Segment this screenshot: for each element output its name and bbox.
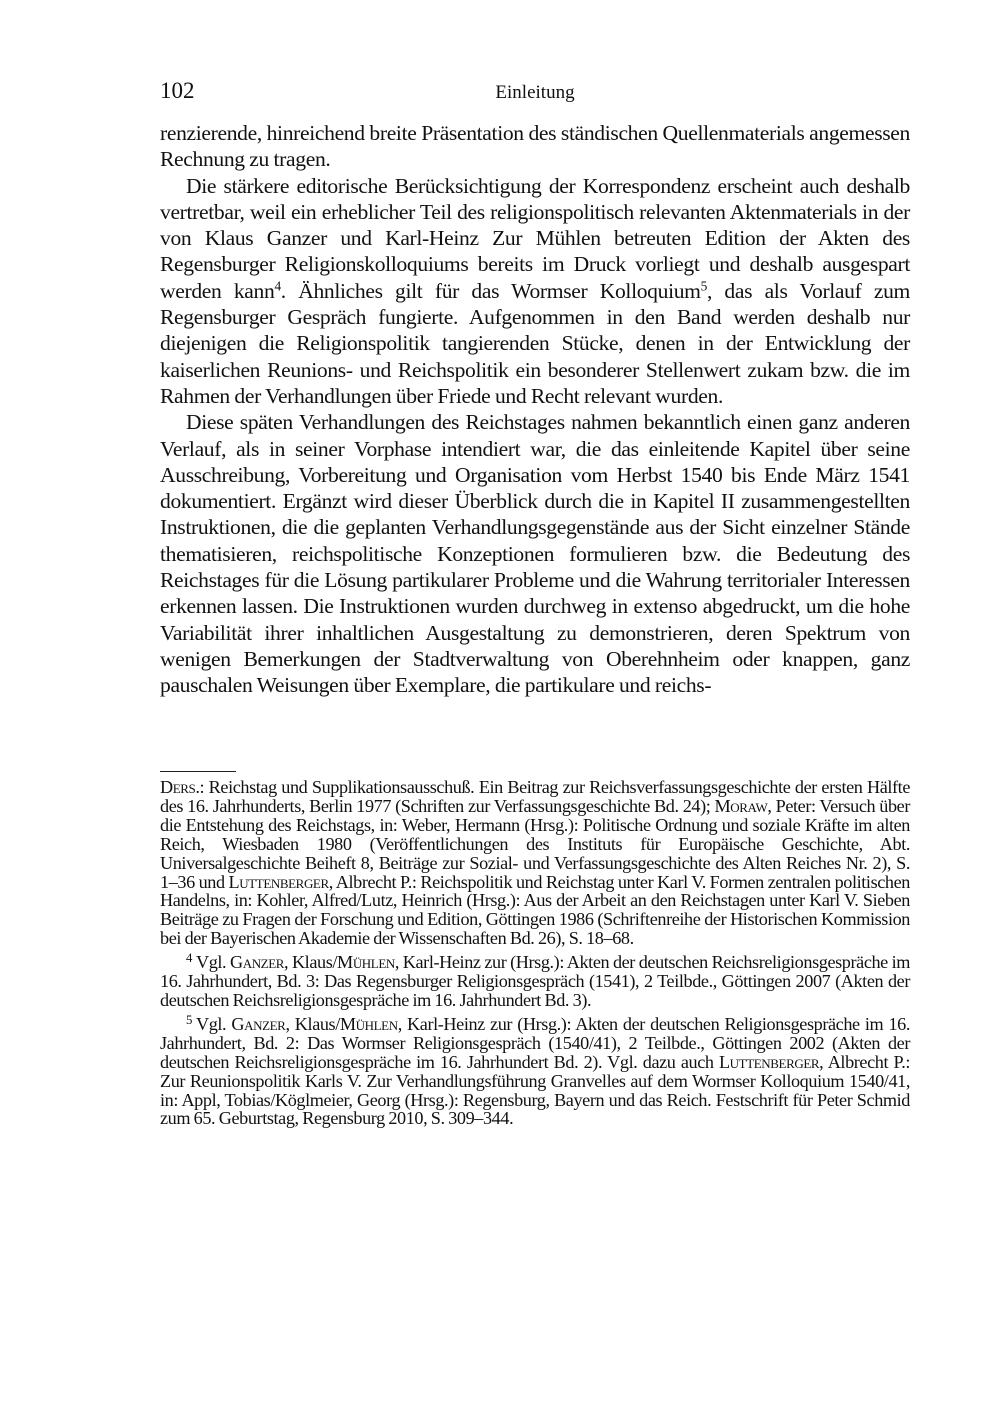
footnote-text: , Klaus/ [284,952,337,972]
paragraph-text: renzierende, hinreichend breite Präsenta… [160,121,910,171]
footnote-text: , Klaus/ [285,1014,339,1034]
paragraph-text: . Ähnliches gilt für das Wormser Kolloqu… [281,279,701,303]
footnote-5: 5Vgl. Ganzer, Klaus/Mühlen, Karl-Heinz z… [160,1015,910,1128]
author-name: Luttenberger [229,872,329,892]
author-name: Luttenberger [719,1052,819,1072]
author-name: Mühlen [340,1014,398,1034]
running-head: Einleitung [0,82,1004,104]
footnote-continued: Ders.: Reichstag und Supplikationsaussch… [160,778,910,948]
author-name: Ders. [160,777,200,797]
paragraph-3: Diese späten Verhandlungen des Reichstag… [160,409,910,698]
footnote-text: Vgl. [196,1014,231,1034]
paragraph-text: Diese späten Verhandlungen des Reichstag… [160,410,910,697]
footnote-separator [160,771,236,772]
footnote-4: 4Vgl. Ganzer, Klaus/Mühlen, Karl-Heinz z… [160,953,910,1010]
footnotes: Ders.: Reichstag und Supplikationsaussch… [160,778,910,1133]
footnote-number: 5 [186,1013,192,1027]
paragraph-2: Die stärkere editorische Berücksichtigun… [160,173,910,410]
body-text: renzierende, hinreichend breite Präsenta… [160,120,910,699]
footnote-text: Vgl. [196,952,230,972]
author-name: Mühlen [337,952,395,972]
paragraph-1: renzierende, hinreichend breite Präsenta… [160,120,910,173]
author-name: Ganzer [231,1014,285,1034]
author-name: Moraw [715,796,768,816]
footnote-number: 4 [186,951,192,965]
author-name: Ganzer [230,952,284,972]
